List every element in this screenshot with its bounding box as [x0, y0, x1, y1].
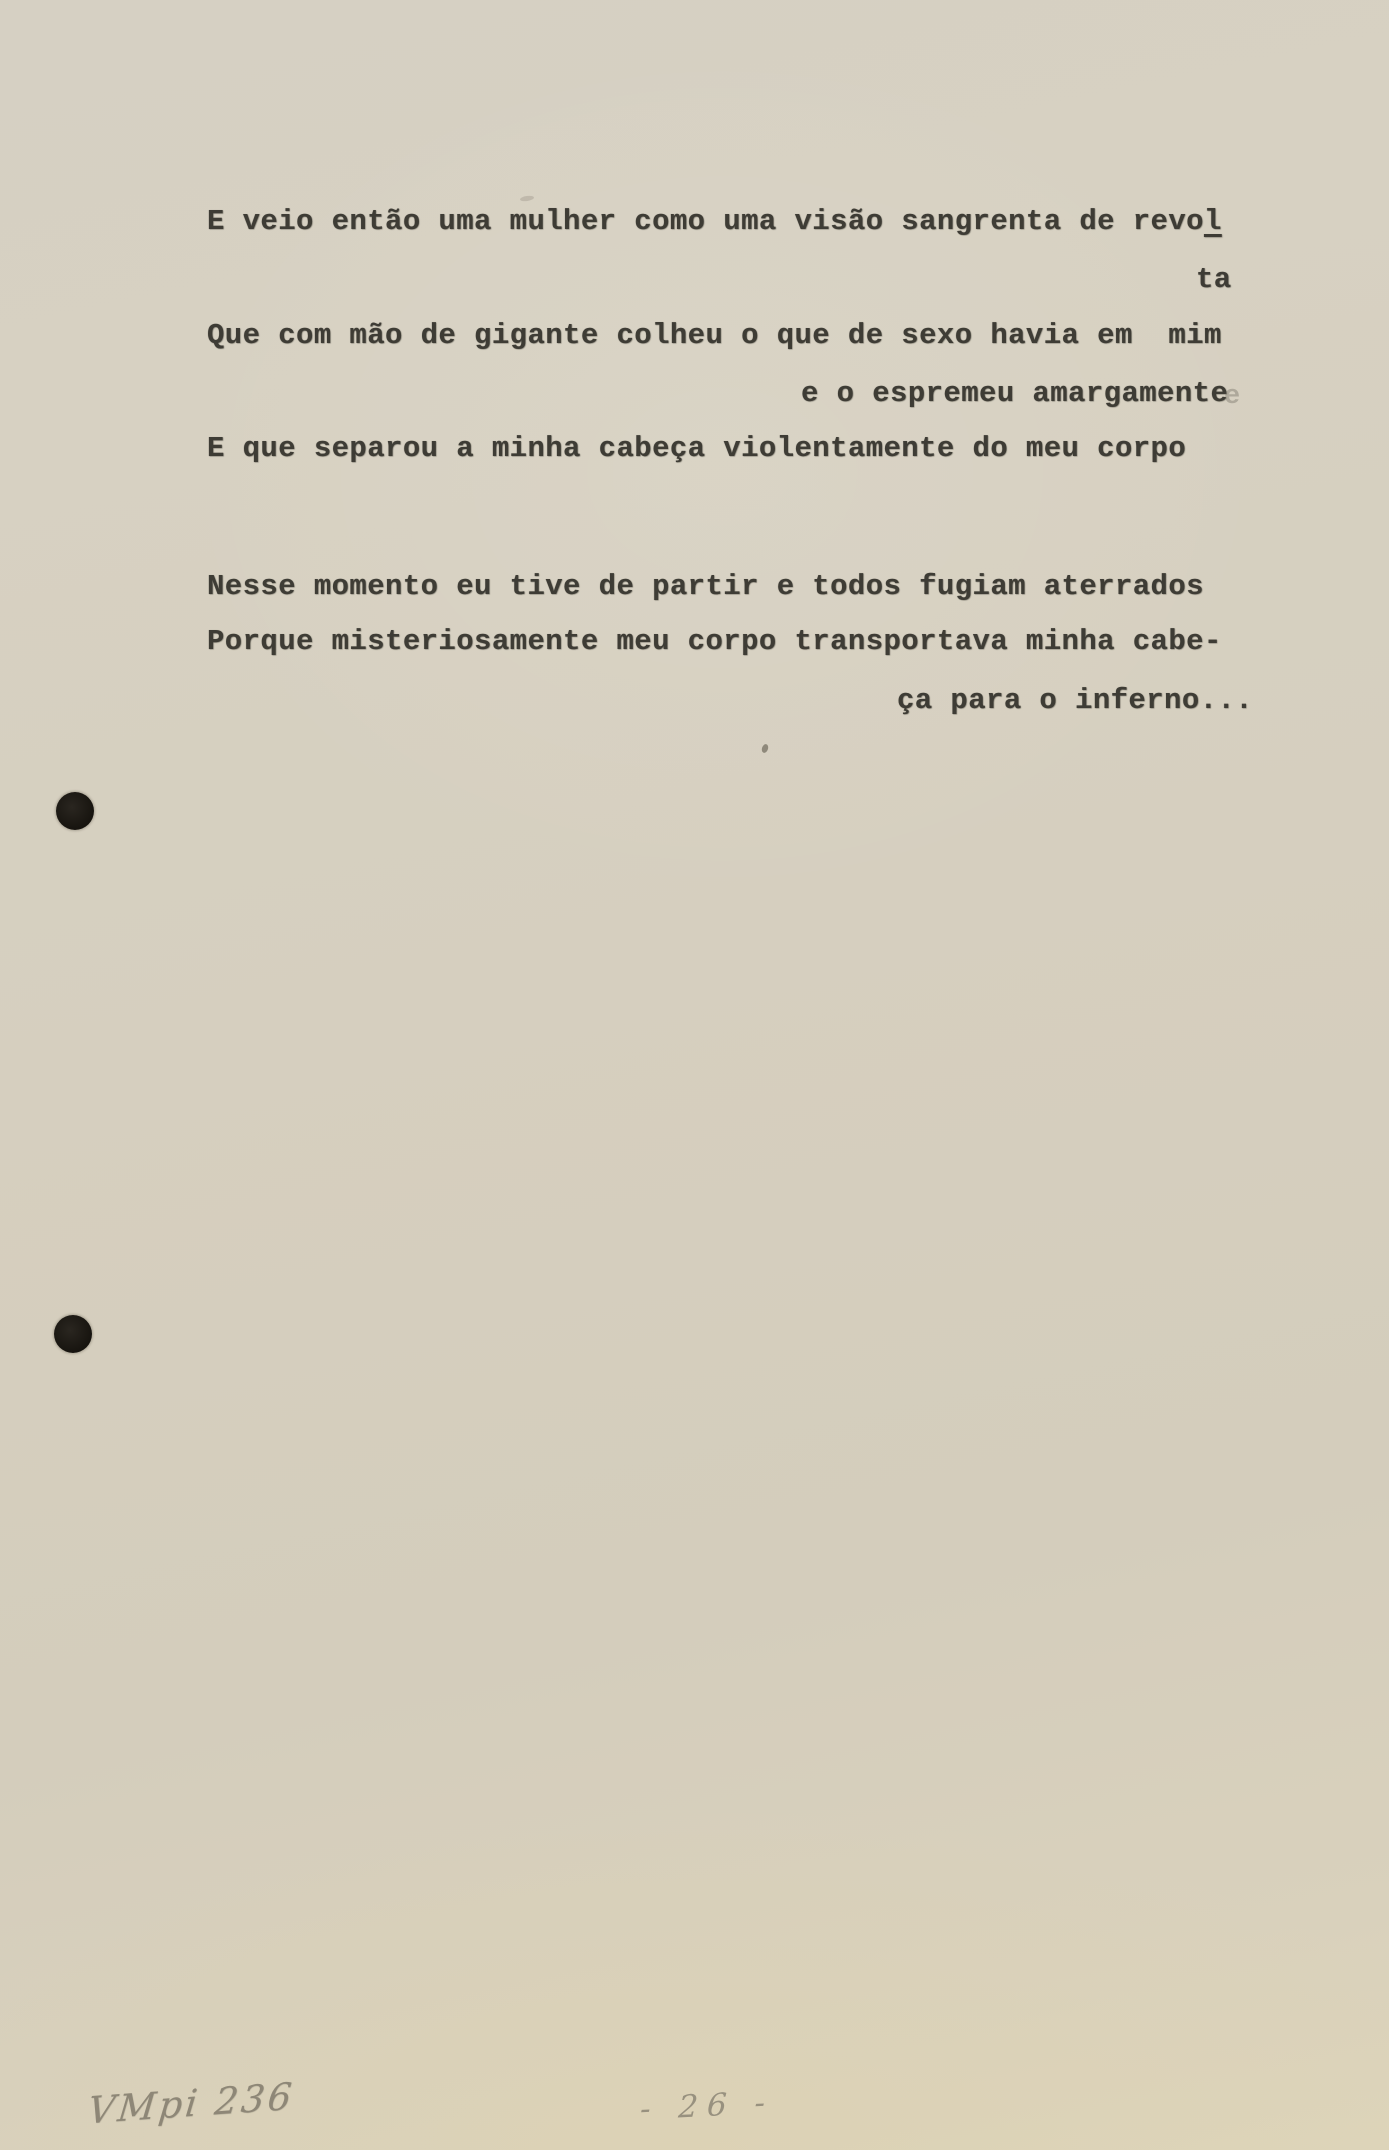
poem-line-2: ta [1196, 263, 1232, 296]
poem-line-8: ça para o inferno... [897, 684, 1253, 717]
poem-line-5: E que separou a minha cabeça violentamen… [207, 432, 1186, 465]
hole-punch-top [56, 792, 94, 830]
poem-line-1-underlined-char: l [1204, 205, 1222, 238]
poem-line-6: Nesse momento eu tive de partir e todos … [207, 570, 1204, 603]
page-number-handwriting: - 26 - [639, 2084, 775, 2127]
archive-mark-handwriting: VMpi 236 [86, 2075, 297, 2133]
poem-line-3: Que com mão de gigante colheu o que de s… [207, 319, 1222, 352]
paper-smudge [520, 195, 535, 202]
poem-line-4-ghost-char: e [1224, 382, 1240, 412]
ink-speck [761, 743, 769, 753]
poem-line-1: E veio então uma mulher como uma visão s… [207, 205, 1222, 238]
poem-line-7: Porque misteriosamente meu corpo transpo… [207, 625, 1222, 658]
manuscript-page: E veio então uma mulher como uma visão s… [0, 0, 1389, 2150]
poem-line-4: e o espremeu amargamente [801, 377, 1228, 410]
hole-punch-bottom [54, 1315, 92, 1353]
poem-line-1-text: E veio então uma mulher como uma visão s… [207, 205, 1204, 238]
